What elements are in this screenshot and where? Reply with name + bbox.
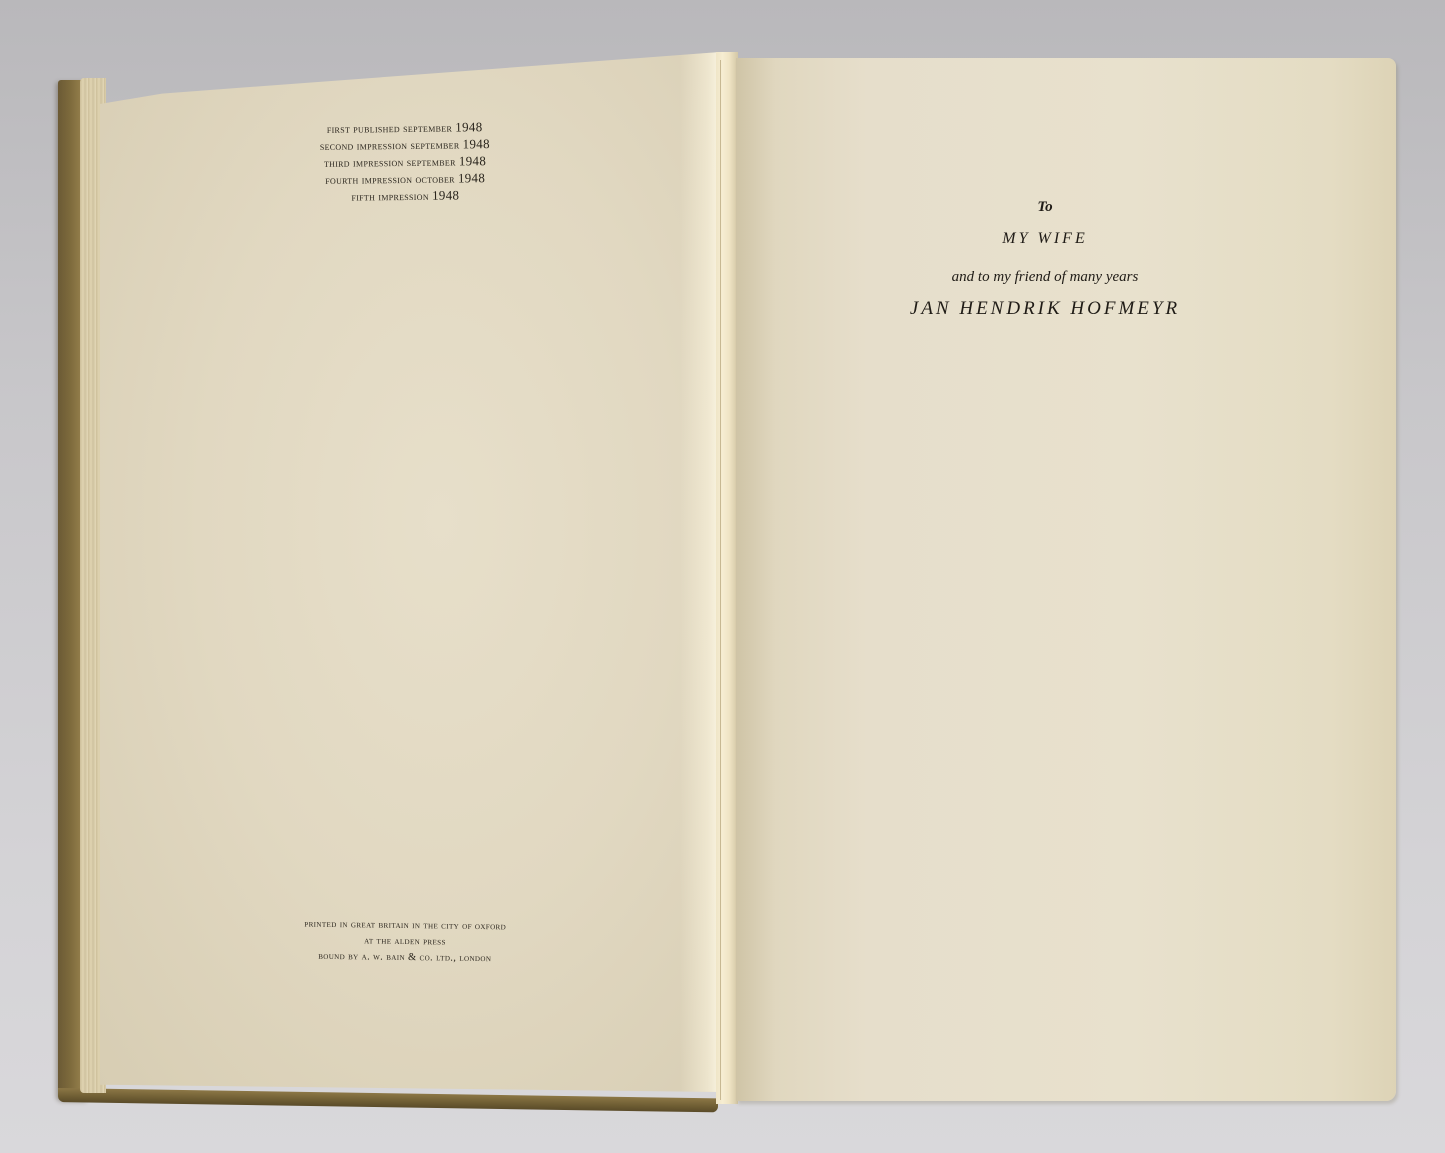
dedication-to: To [870,196,1220,226]
impression-history: First Published September 1948 Second Im… [280,119,531,207]
book-cover-bottom-edge [58,1088,718,1112]
dedication-recipient-wife: MY WIFE [870,226,1220,266]
dedication-recipient-friend: JAN HENDRIK HOFMEYR [870,296,1220,322]
printer-colophon: Printed in Great Britain in the City of … [250,916,561,968]
gutter-fold-line [720,60,721,1100]
imprint-line: Fifth Impression 1948 [280,187,530,207]
dedication-connector: and to my friend of many years [870,266,1220,296]
dedication: To MY WIFE and to my friend of many year… [870,196,1220,322]
